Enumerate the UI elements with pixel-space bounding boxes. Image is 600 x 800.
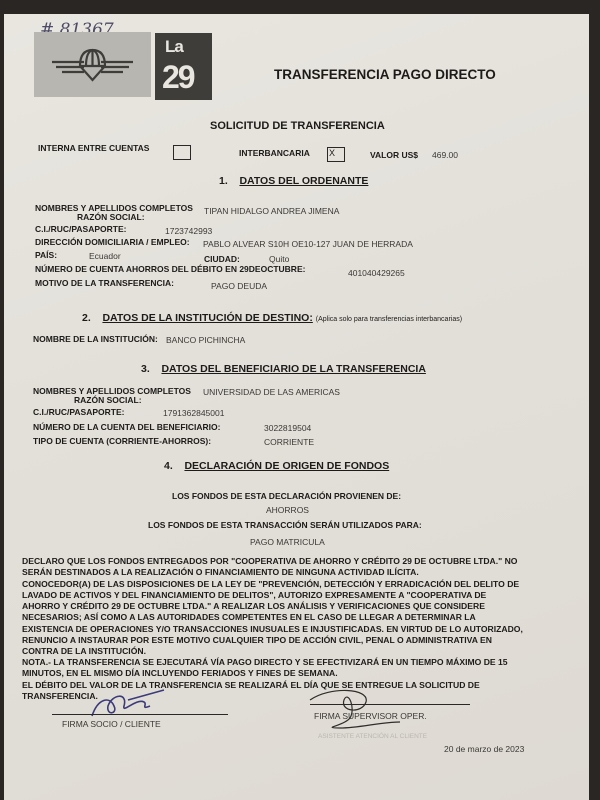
logo-brand: La 29 xyxy=(155,33,212,100)
s3-name-value: UNIVERSIDAD DE LAS AMERICAS xyxy=(203,387,340,397)
type-interbank-checkbox[interactable]: X xyxy=(327,147,345,162)
type-internal-label: INTERNA ENTRE CUENTAS xyxy=(38,143,149,153)
section-4-heading: 4. DECLARACIÓN DE ORIGEN DE FONDOS xyxy=(164,460,389,472)
s1-id-label: C.I./RUC/PASAPORTE: xyxy=(35,224,126,234)
section-2-note: (Aplica solo para transferencias interba… xyxy=(316,316,462,323)
amount-value: 469.00 xyxy=(432,150,458,160)
s1-reason-value: PAGO DEUDA xyxy=(211,281,267,291)
declaration-line: CONTRA DE LA INSTITUCIÓN. xyxy=(22,646,582,657)
section-3-heading: 3. DATOS DEL BENEFICIARIO DE LA TRANSFER… xyxy=(141,363,426,375)
declaration-line: EXISTENCIA DE OPERACIONES Y/O TRANSACCIO… xyxy=(22,624,582,635)
amount-label: VALOR US$ xyxy=(370,150,418,160)
s1-reason-label: MOTIVO DE LA TRANSFERENCIA: xyxy=(35,278,174,288)
supervisor-signature-label: FIRMA SUPERVISOR OPER. xyxy=(314,711,427,721)
type-interbank-label: INTERBANCARIA xyxy=(239,148,310,158)
brand-line-2: 29 xyxy=(162,59,194,96)
s1-name-label-2: RAZÓN SOCIAL: xyxy=(77,212,145,222)
s1-city-label: CIUDAD: xyxy=(204,254,240,264)
declaration-line: SERÁN DESTINADOS A LA REALIZACIÓN O FINA… xyxy=(22,567,582,578)
s1-id-value: 1723742993 xyxy=(165,226,212,236)
s3-account-value: 3022819504 xyxy=(264,423,311,433)
s1-account-label: NÚMERO DE CUENTA AHORROS DEL DÉBITO EN 2… xyxy=(35,264,305,274)
section-4-title: DECLARACIÓN DE ORIGEN DE FONDOS xyxy=(184,460,389,472)
declaration-line: NECESARIOS; ASÍ COMO A LAS AUTORIDADES C… xyxy=(22,612,582,623)
s1-name-value: TIPAN HIDALGO ANDREA JIMENA xyxy=(204,206,339,216)
section-4-number: 4. xyxy=(164,460,173,472)
s1-address-label: DIRECCIÓN DOMICILIARIA / EMPLEO: xyxy=(35,237,190,247)
client-signature-label: FIRMA SOCIO / CLIENTE xyxy=(62,719,161,729)
declaration-line: RENUNCIO A INSTAURAR POR ESTE MOTIVO CUA… xyxy=(22,635,582,646)
s4-origin-value: AHORROS xyxy=(266,505,309,515)
note-line: MINUTOS, EN EL MISMO DÍA INCLUYENDO FERI… xyxy=(22,668,582,679)
section-1-heading: 1. DATOS DEL ORDENANTE xyxy=(219,175,368,187)
client-signature-line xyxy=(52,714,228,715)
s1-address-value: PABLO ALVEAR S10H OE10-127 JUAN DE HERRA… xyxy=(203,239,413,249)
type-internal-checkbox[interactable] xyxy=(173,145,191,160)
supervisor-signature-line xyxy=(310,704,470,705)
s4-origin-label: LOS FONDOS DE ESTA DECLARACIÓN PROVIENEN… xyxy=(172,491,401,501)
section-1-title: DATOS DEL ORDENANTE xyxy=(239,175,368,187)
s1-account-value: 401040429265 xyxy=(348,268,405,278)
s3-id-label: C.I./RUC/PASAPORTE: xyxy=(33,407,124,417)
section-3-title: DATOS DEL BENEFICIARIO DE LA TRANSFERENC… xyxy=(161,363,425,375)
s1-country-label: PAÍS: xyxy=(35,250,57,260)
section-3-number: 3. xyxy=(141,363,150,375)
declaration-line: DECLARO QUE LOS FONDOS ENTREGADOS POR "C… xyxy=(22,556,582,567)
declaration-line: AHORRO Y CRÉDITO 29 DE OCTUBRE LTDA." A … xyxy=(22,601,582,612)
section-2-number: 2. xyxy=(82,312,91,324)
declaration-line: LAVADO DE ACTIVOS Y DEL FINANCIAMIENTO D… xyxy=(22,590,582,601)
document-date: 20 de marzo de 2023 xyxy=(444,744,524,754)
s3-name-label-2: RAZÓN SOCIAL: xyxy=(74,395,142,405)
s2-institution-value: BANCO PICHINCHA xyxy=(166,335,245,345)
s3-account-label: NÚMERO DE LA CUENTA DEL BENEFICIARIO: xyxy=(33,422,220,432)
section-1-number: 1. xyxy=(219,175,228,187)
declaration-line: CONOCEDOR(A) DE LAS DISPOSICIONES DE LA … xyxy=(22,579,582,590)
s3-type-label: TIPO DE CUENTA (CORRIENTE-AHORROS): xyxy=(33,436,211,446)
s3-id-value: 1791362845001 xyxy=(163,408,224,418)
declaration-paragraph: DECLARO QUE LOS FONDOS ENTREGADOS POR "C… xyxy=(22,556,582,658)
s3-type-value: CORRIENTE xyxy=(264,437,314,447)
page-title: TRANSFERENCIA PAGO DIRECTO xyxy=(274,67,496,82)
supervisor-stamp: ASISTENTE ATENCIÓN AL CLIENTE xyxy=(318,733,427,740)
section-2-heading: 2. DATOS DE LA INSTITUCIÓN DE DESTINO: (… xyxy=(82,312,462,324)
s2-institution-label: NOMBRE DE LA INSTITUCIÓN: xyxy=(33,334,158,344)
section-2-title: DATOS DE LA INSTITUCIÓN DE DESTINO: xyxy=(102,312,312,324)
logo-emblem xyxy=(34,32,151,97)
note-line: NOTA.- LA TRANSFERENCIA SE EJECUTARÁ VÍA… xyxy=(22,657,582,668)
s1-city-value: Quito xyxy=(269,254,289,264)
winged-parachute-icon xyxy=(34,32,151,97)
form-title: SOLICITUD DE TRANSFERENCIA xyxy=(210,120,385,132)
s4-use-value: PAGO MATRICULA xyxy=(250,537,325,547)
brand-line-1: La xyxy=(165,37,183,57)
s4-use-label: LOS FONDOS DE ESTA TRANSACCIÓN SERÁN UTI… xyxy=(148,520,422,530)
s1-country-value: Ecuador xyxy=(89,251,121,261)
client-signature-icon xyxy=(88,688,168,720)
